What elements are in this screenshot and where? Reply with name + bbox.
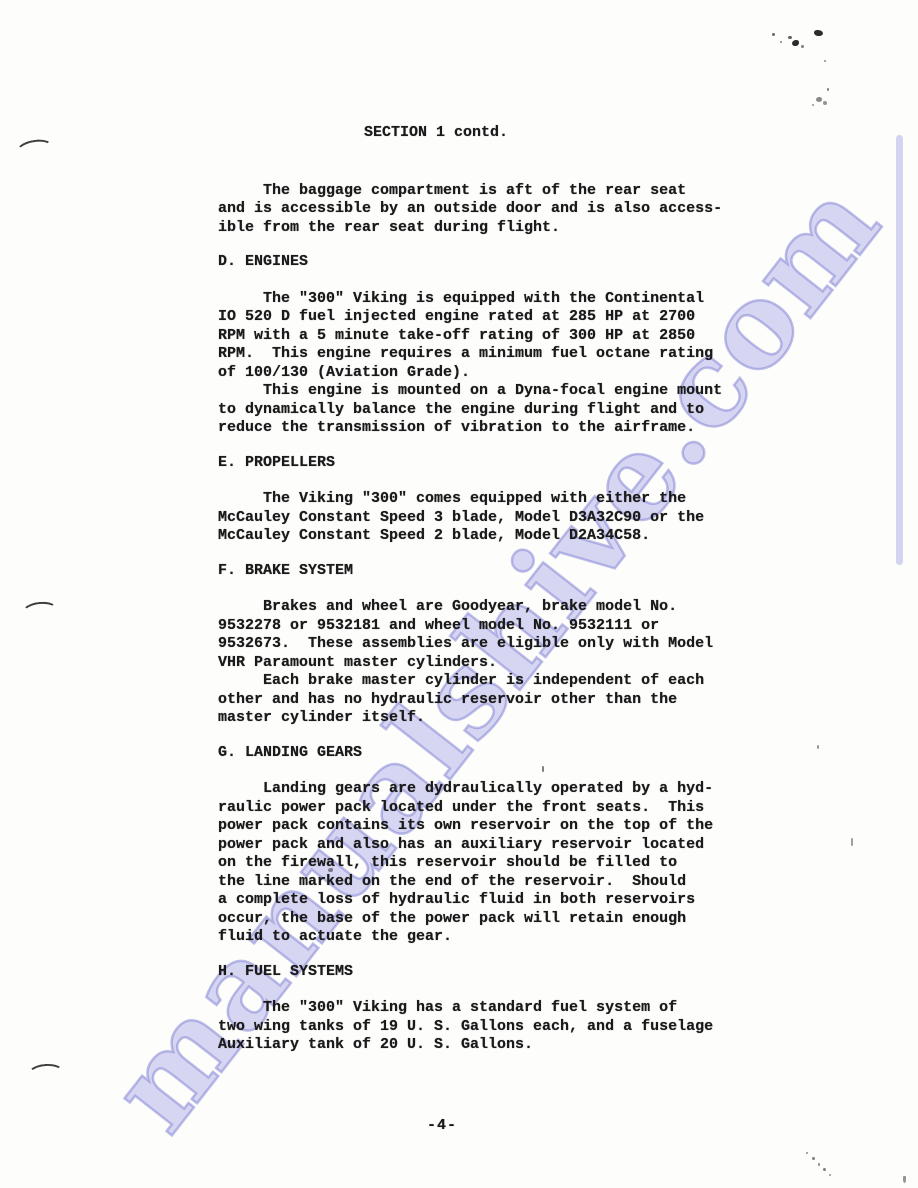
scan-speck bbox=[823, 1168, 826, 1171]
section-brake-system: F. BRAKE SYSTEM Brakes and wheel are Goo… bbox=[218, 562, 738, 728]
page-title: SECTION 1 contd. bbox=[364, 124, 738, 143]
section-body: The baggage compartment is aft of the re… bbox=[218, 182, 738, 238]
scan-speck bbox=[542, 766, 544, 772]
scan-speck bbox=[328, 868, 333, 872]
page-content: SECTION 1 contd. The baggage compartment… bbox=[218, 124, 738, 1071]
section-heading: F. BRAKE SYSTEM bbox=[218, 562, 738, 581]
section-heading: G. LANDING GEARS bbox=[218, 744, 738, 763]
scan-speck bbox=[903, 1176, 906, 1183]
scan-speck bbox=[812, 104, 814, 106]
section-landing-gears: G. LANDING GEARS Landing gears are dydra… bbox=[218, 744, 738, 947]
scanned-manual-page: manualshive.com SECTION 1 contd. The bag… bbox=[0, 0, 918, 1188]
scan-speck bbox=[780, 41, 782, 43]
scan-speck bbox=[788, 36, 792, 39]
section-heading: H. FUEL SYSTEMS bbox=[218, 963, 738, 982]
scan-speck bbox=[772, 33, 775, 36]
scan-speck bbox=[851, 838, 853, 846]
scan-speck bbox=[806, 1152, 808, 1154]
scan-speck bbox=[801, 45, 804, 48]
section-engines: D. ENGINES The "300" Viking is equipped … bbox=[218, 253, 738, 438]
section-body: Brakes and wheel are Goodyear, brake mod… bbox=[218, 598, 738, 728]
section-intro: The baggage compartment is aft of the re… bbox=[218, 182, 738, 238]
scan-speck bbox=[812, 1157, 815, 1160]
scan-speck bbox=[816, 97, 822, 102]
scan-speck bbox=[818, 1163, 820, 1166]
section-propellers: E. PROPELLERS The Viking "300" comes equ… bbox=[218, 454, 738, 546]
scan-speck bbox=[817, 745, 819, 749]
section-body: The "300" Viking has a standard fuel sys… bbox=[218, 999, 738, 1055]
scan-speck bbox=[827, 88, 829, 91]
scan-speck bbox=[792, 40, 799, 46]
section-heading: E. PROPELLERS bbox=[218, 454, 738, 473]
scan-speck bbox=[829, 1174, 831, 1176]
section-body: The Viking "300" comes equipped with eit… bbox=[218, 490, 738, 546]
page-number: -4- bbox=[427, 1117, 457, 1136]
section-heading: D. ENGINES bbox=[218, 253, 738, 272]
section-body: Landing gears are dydraulically operated… bbox=[218, 780, 738, 947]
watermark-vertical-rule bbox=[896, 135, 903, 565]
scan-arc-mark bbox=[15, 137, 56, 163]
scan-arc-mark bbox=[21, 600, 59, 623]
scan-speck bbox=[823, 101, 827, 105]
section-body: The "300" Viking is equipped with the Co… bbox=[218, 290, 738, 438]
scan-speck bbox=[814, 30, 823, 36]
scan-arc-mark bbox=[27, 1063, 64, 1084]
scan-speck bbox=[824, 60, 826, 62]
section-fuel-systems: H. FUEL SYSTEMS The "300" Viking has a s… bbox=[218, 963, 738, 1055]
